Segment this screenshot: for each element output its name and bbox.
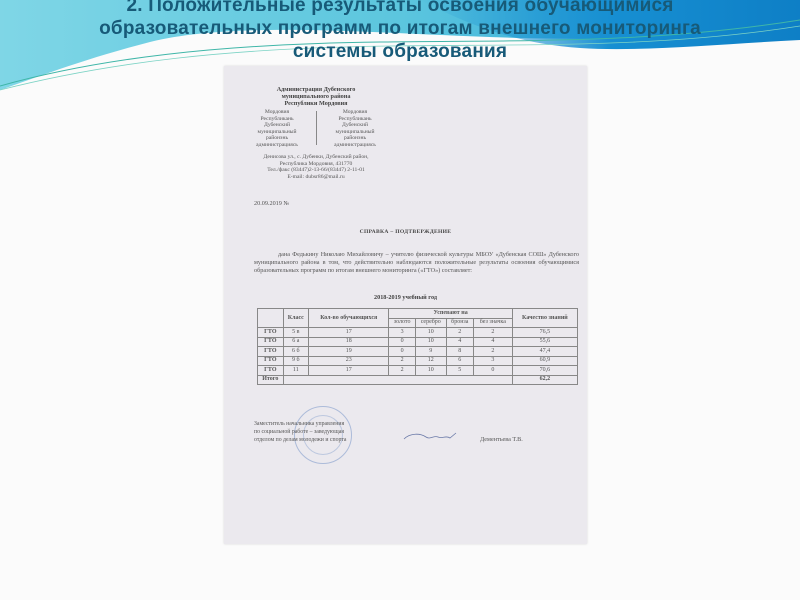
signature-line: отделом по делам молодежи и спорта [254,436,346,444]
cell-silver: 10 [415,366,446,376]
scanned-document: Администрация Дубенского муниципального … [224,66,587,544]
cell-gold: 2 [389,366,415,376]
cell-count: 17 [309,366,389,376]
cell-none: 4 [473,337,512,347]
cell-gold: 0 [389,337,415,347]
table-row: ГТО6 а180104455,6 [258,337,578,347]
cell-gold: 3 [389,328,415,338]
header-gold: золото [389,318,415,328]
cell-class: 11 [283,366,308,376]
cell-none: 2 [473,328,512,338]
table-row: ГТО11172105070,6 [258,366,578,376]
address-line: Денисова ул., с. Дубенки, Дубенский райо… [246,154,386,161]
header-silver: серебро [415,318,446,328]
letterhead-divider [316,111,317,145]
cell-quality: 55,6 [512,337,577,347]
letterhead-line: администрациясь [324,142,386,149]
letterhead-left-column: Мордовия Республикань Дубенский муниципа… [246,109,308,148]
cell-gold: 0 [389,347,415,357]
cell-class: 6 а [283,337,308,347]
handwritten-signature [402,430,462,444]
cell-silver: 9 [415,347,446,357]
cell-bronze: 4 [446,337,473,347]
cell-quality: 60,9 [512,356,577,366]
signer-name: Дементьева Т.В. [480,436,523,443]
total-row: Итого 62,2 [258,375,578,385]
total-label: Итого [258,375,284,385]
letterhead: Администрация Дубенского муниципального … [246,86,386,180]
cell-bronze: 8 [446,347,473,357]
cell-quality: 76,5 [512,328,577,338]
cell-count: 18 [309,337,389,347]
cell-label: ГТО [258,328,284,338]
header-quality: Качество знаний [512,309,577,328]
cell-gold: 2 [389,356,415,366]
org-line: муниципального района [246,93,386,100]
slide-title-line: образовательных программ по итогам внешн… [0,17,800,40]
document-body: дана Федькину Николаю Михайловичу – учит… [254,251,579,275]
cell-class: 5 в [283,328,308,338]
cell-silver: 12 [415,356,446,366]
header-none: без значка [473,318,512,328]
cell-none: 3 [473,356,512,366]
cell-silver: 10 [415,337,446,347]
results-table: Класс Кол-во обучающихся Успевают на Кач… [257,308,578,385]
slide-title-line: системы образования [0,40,800,63]
cell-silver: 10 [415,328,446,338]
letterhead-line: администрациясь [246,142,308,149]
cell-none: 2 [473,347,512,357]
cell-count: 19 [309,347,389,357]
letterhead-right-column: Мордовия Республикань Дубенский муниципа… [324,109,386,148]
header-group: Успевают на [389,309,512,319]
cell-count: 23 [309,356,389,366]
address-line: E-mail: dubsr86@mail.ru [246,174,386,181]
cell-none: 0 [473,366,512,376]
total-blank [283,375,512,385]
cell-class: 9 б [283,356,308,366]
signature-line: по социальной работе – заведующая [254,428,346,436]
header-blank [258,309,284,328]
cell-class: 6 б [283,347,308,357]
cell-label: ГТО [258,366,284,376]
cell-label: ГТО [258,337,284,347]
signature-line: Заместитель начальника управления [254,420,346,428]
cell-label: ГТО [258,347,284,357]
slide-title: 2. Положительные результаты освоения обу… [0,0,800,63]
org-line: Республики Мордовия [246,100,386,107]
cell-bronze: 5 [446,366,473,376]
table-row: ГТО6 б19098247,4 [258,347,578,357]
cell-quality: 47,4 [512,347,577,357]
table-row: ГТО9 б232126360,9 [258,356,578,366]
header-class: Класс [283,309,308,328]
document-title: СПРАВКА – ПОДТВЕРЖДЕНИЕ [224,229,587,235]
address-block: Денисова ул., с. Дубенки, Дубенский райо… [246,154,386,180]
header-bronze: бронза [446,318,473,328]
school-year: 2018-2019 учебный год [224,294,587,301]
cell-count: 17 [309,328,389,338]
org-name: Администрация Дубенского муниципального … [246,86,386,107]
table-row: ГТО5 в173102276,5 [258,328,578,338]
header-count: Кол-во обучающихся [309,309,389,328]
org-line: Администрация Дубенского [246,86,386,93]
signature-block: Заместитель начальника управления по соц… [254,420,346,444]
cell-bronze: 2 [446,328,473,338]
document-date: 20.09.2019 № [254,200,289,207]
total-value: 62,2 [512,375,577,385]
cell-quality: 70,6 [512,366,577,376]
cell-bronze: 6 [446,356,473,366]
cell-label: ГТО [258,356,284,366]
slide-title-line: 2. Положительные результаты освоения обу… [0,0,800,17]
